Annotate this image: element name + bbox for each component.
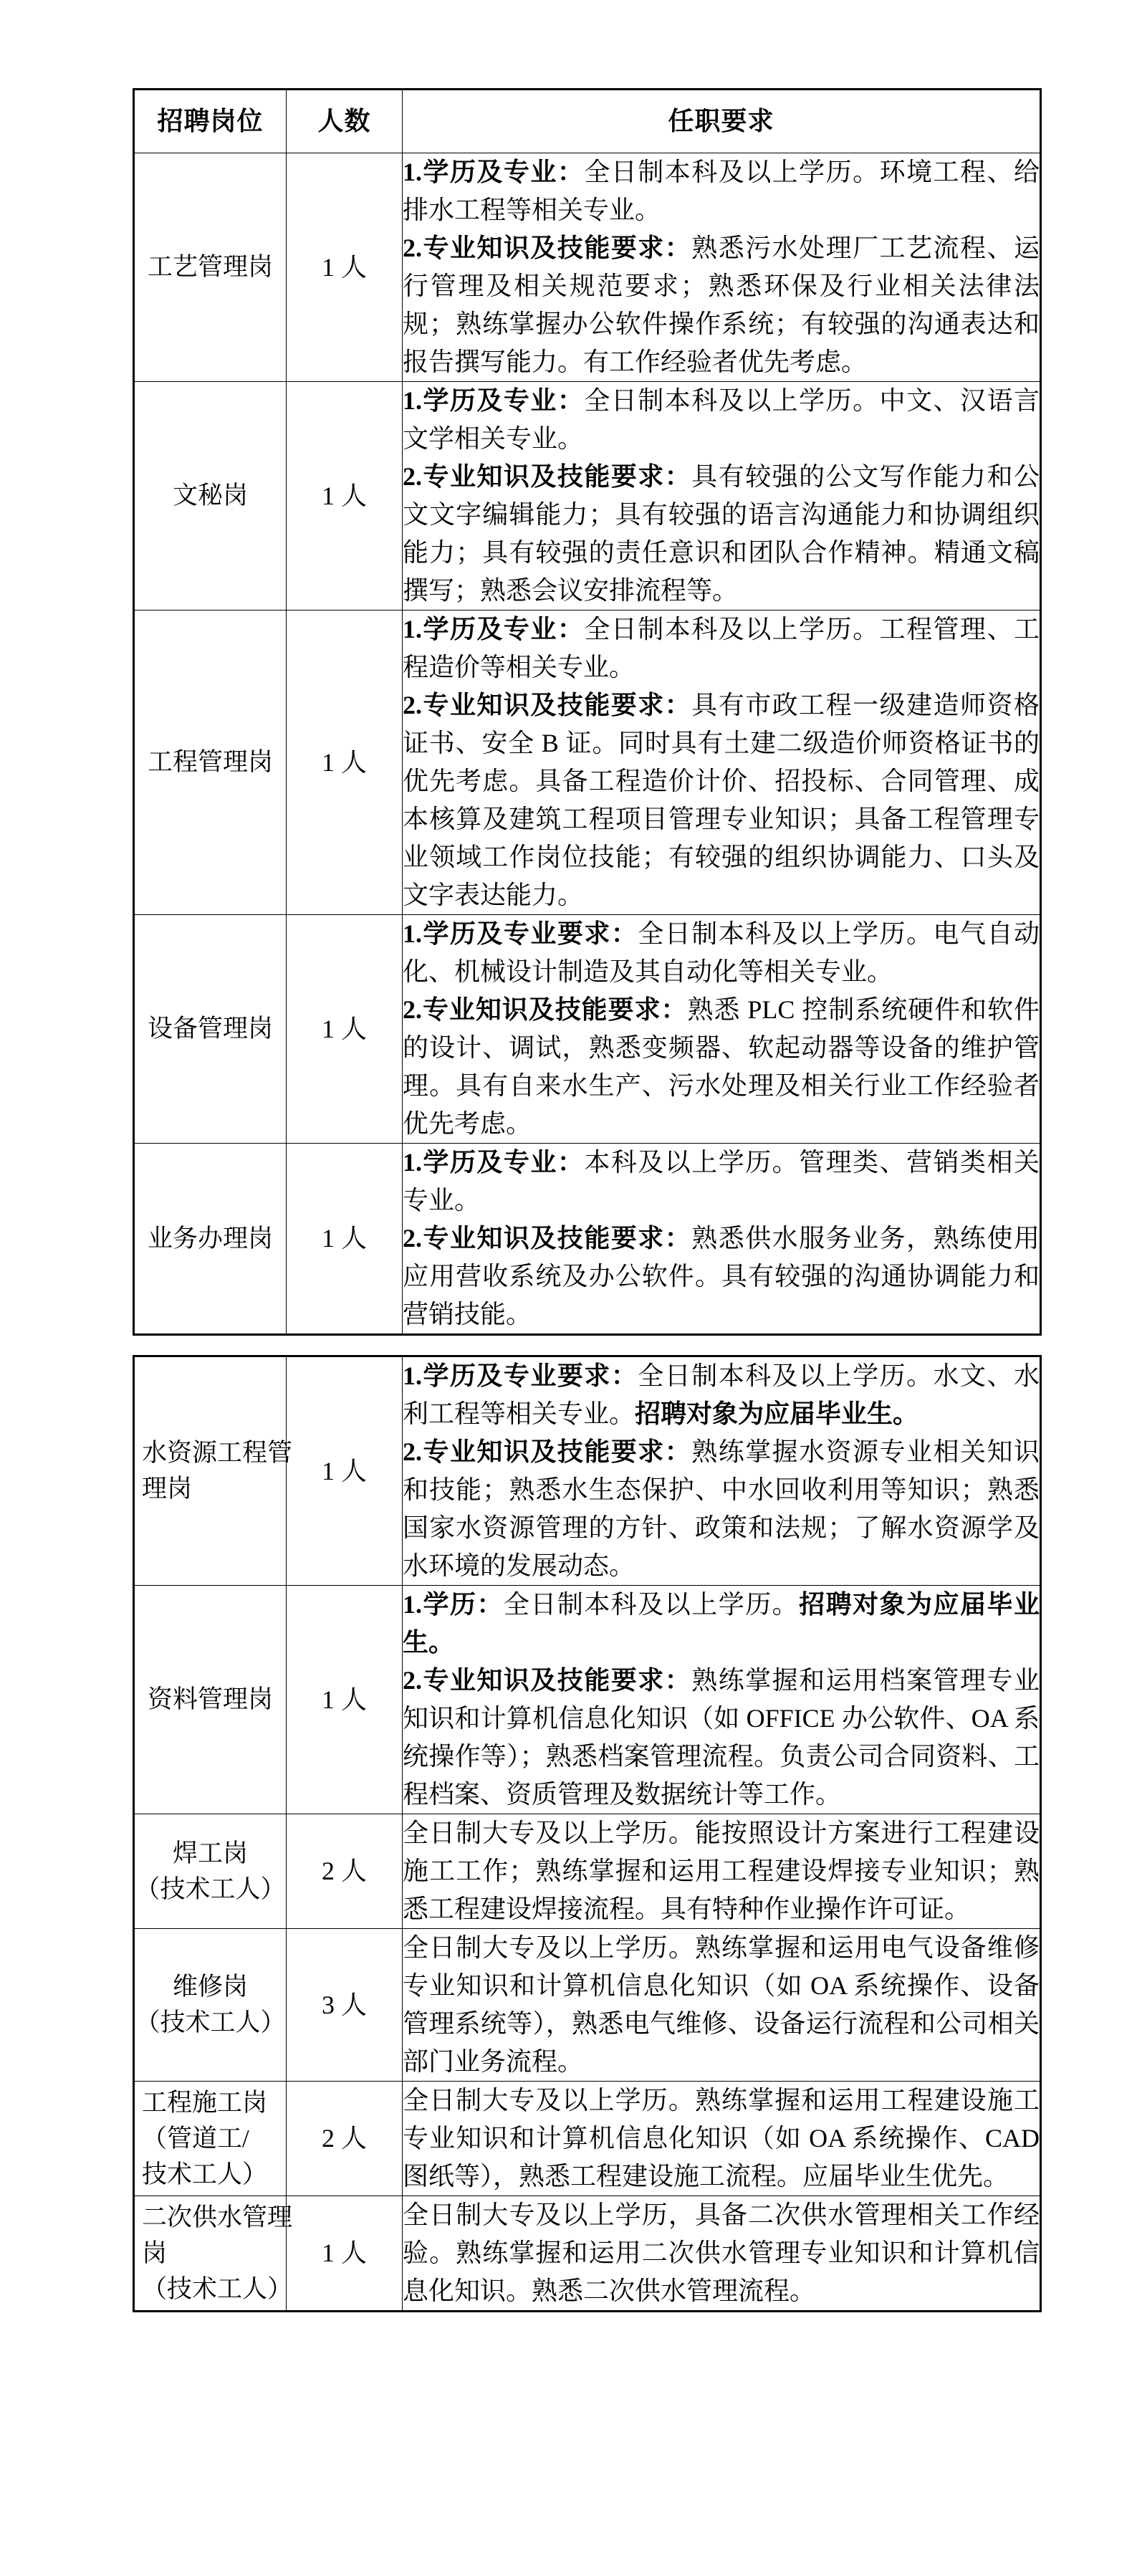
position-label-line: （技术工人）	[135, 2005, 286, 2041]
position-cell: 工程管理岗	[134, 611, 287, 915]
headcount-cell: 1 人	[287, 2196, 403, 2312]
requirement-paragraph: 1.学历及专业：全日制本科及以上学历。环境工程、给排水工程等相关专业。	[403, 153, 1040, 229]
requirements-cell: 全日制大专及以上学历。熟练掌握和运用工程建设施工专业知识和计算机信息化知识（如 …	[403, 2082, 1041, 2196]
requirements-cell: 1.学历及专业：全日制本科及以上学历。环境工程、给排水工程等相关专业。2.专业知…	[403, 153, 1041, 382]
position-label-line: 工艺管理岗	[135, 249, 286, 285]
headcount-cell: 1 人	[287, 1356, 403, 1586]
headcount-cell: 3 人	[287, 1929, 403, 2082]
table-row: 资料管理岗1 人1.学历：全日制本科及以上学历。招聘对象为应届毕业生。2.专业知…	[134, 1586, 1041, 1814]
table-row: 工程施工岗（管道工/技术工人）2 人全日制大专及以上学历。熟练掌握和运用工程建设…	[134, 2082, 1041, 2196]
requirement-paragraph: 1.学历及专业要求：全日制本科及以上学历。电气自动化、机械设计制造及其自动化等相…	[403, 915, 1040, 991]
column-header-requirements: 任职要求	[403, 90, 1041, 153]
position-label-line: 设备管理岗	[135, 1011, 286, 1047]
position-label-line: 文秘岗	[135, 478, 286, 514]
table-row: 二次供水管理岗（技术工人）1 人全日制大专及以上学历，具备二次供水管理相关工作经…	[134, 2196, 1041, 2312]
column-header-position: 招聘岗位	[134, 90, 287, 153]
position-cell: 工艺管理岗	[134, 153, 287, 382]
position-label-line: 资料管理岗	[135, 1682, 286, 1718]
table-row: 维修岗（技术工人）3 人全日制大专及以上学历。熟练掌握和运用电气设备维修专业知识…	[134, 1929, 1041, 2082]
requirement-paragraph: 2.专业知识及技能要求：熟练掌握水资源专业相关知识和技能；熟悉水生态保护、中水回…	[403, 1433, 1040, 1585]
document-page: { "page": { "background": "#ffffff", "te…	[0, 0, 1137, 2576]
requirements-cell: 全日制大专及以上学历，具备二次供水管理相关工作经验。熟练掌握和运用二次供水管理专…	[403, 2196, 1041, 2312]
requirements-cell: 全日制大专及以上学历。能按照设计方案进行工程建设施工工作；熟练掌握和运用工程建设…	[403, 1814, 1041, 1929]
position-cell: 文秘岗	[134, 382, 287, 611]
headcount-cell: 2 人	[287, 2082, 403, 2196]
requirement-paragraph: 1.学历及专业：本科及以上学历。管理类、营销类相关专业。	[403, 1144, 1040, 1220]
headcount-cell: 1 人	[287, 153, 403, 382]
table-body: 水资源工程管理岗1 人1.学历及专业要求：全日制本科及以上学历。水文、水利工程等…	[134, 1356, 1041, 2312]
position-label-line: 业务办理岗	[135, 1221, 286, 1257]
requirement-paragraph: 1.学历及专业：全日制本科及以上学历。工程管理、工程造价等相关专业。	[403, 611, 1040, 686]
requirements-cell: 1.学历及专业：全日制本科及以上学历。工程管理、工程造价等相关专业。2.专业知识…	[403, 611, 1041, 915]
column-header-count: 人数	[287, 90, 403, 153]
position-label-line: 二次供水管理	[142, 2200, 286, 2236]
table-header-row: 招聘岗位 人数 任职要求	[134, 90, 1041, 153]
table-row: 水资源工程管理岗1 人1.学历及专业要求：全日制本科及以上学历。水文、水利工程等…	[134, 1356, 1041, 1586]
position-cell: 资料管理岗	[134, 1586, 287, 1814]
position-cell: 工程施工岗（管道工/技术工人）	[134, 2082, 287, 2196]
position-label-line: （管道工/	[142, 2121, 286, 2157]
position-label-line: 岗	[142, 2236, 286, 2271]
table-row: 焊工岗（技术工人）2 人全日制大专及以上学历。能按照设计方案进行工程建设施工工作…	[134, 1814, 1041, 1929]
position-cell: 二次供水管理岗（技术工人）	[134, 2196, 287, 2312]
recruitment-table-technical: 水资源工程管理岗1 人1.学历及专业要求：全日制本科及以上学历。水文、水利工程等…	[133, 1355, 1042, 2312]
table-body: 工艺管理岗1 人1.学历及专业：全日制本科及以上学历。环境工程、给排水工程等相关…	[134, 153, 1041, 1335]
headcount-cell: 1 人	[287, 611, 403, 915]
requirements-cell: 1.学历及专业要求：全日制本科及以上学历。水文、水利工程等相关专业。招聘对象为应…	[403, 1356, 1041, 1586]
requirement-paragraph: 全日制大专及以上学历。熟练掌握和运用电气设备维修专业知识和计算机信息化知识（如 …	[403, 1929, 1040, 2081]
position-cell: 维修岗（技术工人）	[134, 1929, 287, 2082]
position-label-line: 理岗	[142, 1471, 286, 1507]
requirement-paragraph: 2.专业知识及技能要求：熟悉 PLC 控制系统硬件和软件的设计、调试，熟悉变频器…	[403, 991, 1040, 1143]
position-label-line: 焊工岗	[135, 1836, 286, 1872]
requirement-paragraph: 2.专业知识及技能要求：熟悉供水服务业务，熟练使用应用营收系统及办公软件。具有较…	[403, 1220, 1040, 1334]
recruitment-table-management: 招聘岗位 人数 任职要求 工艺管理岗1 人1.学历及专业：全日制本科及以上学历。…	[133, 88, 1042, 1336]
position-label-line: 技术工人）	[142, 2157, 286, 2193]
requirements-cell: 1.学历及专业要求：全日制本科及以上学历。电气自动化、机械设计制造及其自动化等相…	[403, 915, 1041, 1144]
headcount-cell: 1 人	[287, 382, 403, 611]
requirements-cell: 1.学历及专业：本科及以上学历。管理类、营销类相关专业。2.专业知识及技能要求：…	[403, 1144, 1041, 1335]
requirement-paragraph: 1.学历及专业要求：全日制本科及以上学历。水文、水利工程等相关专业。招聘对象为应…	[403, 1357, 1040, 1433]
position-cell: 设备管理岗	[134, 915, 287, 1144]
headcount-cell: 2 人	[287, 1814, 403, 1929]
position-cell: 水资源工程管理岗	[134, 1356, 287, 1586]
requirement-paragraph: 1.学历：全日制本科及以上学历。招聘对象为应届毕业生。	[403, 1586, 1040, 1662]
position-label-line: 工程施工岗	[142, 2085, 286, 2121]
requirement-paragraph: 全日制大专及以上学历。能按照设计方案进行工程建设施工工作；熟练掌握和运用工程建设…	[403, 1814, 1040, 1928]
headcount-cell: 1 人	[287, 1586, 403, 1814]
requirement-paragraph: 全日制大专及以上学历，具备二次供水管理相关工作经验。熟练掌握和运用二次供水管理专…	[403, 2196, 1040, 2310]
position-label-line: 水资源工程管	[142, 1435, 286, 1471]
requirement-paragraph: 全日制大专及以上学历。熟练掌握和运用工程建设施工专业知识和计算机信息化知识（如 …	[403, 2082, 1040, 2196]
requirements-cell: 1.学历及专业：全日制本科及以上学历。中文、汉语言文学相关专业。2.专业知识及技…	[403, 382, 1041, 611]
requirement-paragraph: 2.专业知识及技能要求：具有市政工程一级建造师资格证书、安全 B 证。同时具有土…	[403, 686, 1040, 914]
headcount-cell: 1 人	[287, 915, 403, 1144]
requirements-cell: 全日制大专及以上学历。熟练掌握和运用电气设备维修专业知识和计算机信息化知识（如 …	[403, 1929, 1041, 2082]
requirement-paragraph: 1.学历及专业：全日制本科及以上学历。中文、汉语言文学相关专业。	[403, 382, 1040, 458]
position-label-line: 维修岗	[135, 1969, 286, 2005]
position-label-line: （技术工人）	[135, 1872, 286, 1907]
recruitment-document: 招聘岗位 人数 任职要求 工艺管理岗1 人1.学历及专业：全日制本科及以上学历。…	[133, 88, 1040, 2312]
requirements-cell: 1.学历：全日制本科及以上学历。招聘对象为应届毕业生。2.专业知识及技能要求：熟…	[403, 1586, 1041, 1814]
table-row: 文秘岗1 人1.学历及专业：全日制本科及以上学历。中文、汉语言文学相关专业。2.…	[134, 382, 1041, 611]
position-label-line: 工程管理岗	[135, 744, 286, 780]
table-row: 设备管理岗1 人1.学历及专业要求：全日制本科及以上学历。电气自动化、机械设计制…	[134, 915, 1041, 1144]
table-row: 业务办理岗1 人1.学历及专业：本科及以上学历。管理类、营销类相关专业。2.专业…	[134, 1144, 1041, 1335]
table-row: 工程管理岗1 人1.学历及专业：全日制本科及以上学历。工程管理、工程造价等相关专…	[134, 611, 1041, 915]
requirement-paragraph: 2.专业知识及技能要求：具有较强的公文写作能力和公文文字编辑能力；具有较强的语言…	[403, 458, 1040, 610]
headcount-cell: 1 人	[287, 1144, 403, 1335]
requirement-paragraph: 2.专业知识及技能要求：熟悉污水处理厂工艺流程、运行管理及相关规范要求；熟悉环保…	[403, 229, 1040, 381]
requirement-paragraph: 2.专业知识及技能要求：熟练掌握和运用档案管理专业知识和计算机信息化知识（如 O…	[403, 1662, 1040, 1814]
position-label-line: （技术工人）	[142, 2271, 286, 2307]
position-cell: 业务办理岗	[134, 1144, 287, 1335]
position-cell: 焊工岗（技术工人）	[134, 1814, 287, 1929]
table-row: 工艺管理岗1 人1.学历及专业：全日制本科及以上学历。环境工程、给排水工程等相关…	[134, 153, 1041, 382]
